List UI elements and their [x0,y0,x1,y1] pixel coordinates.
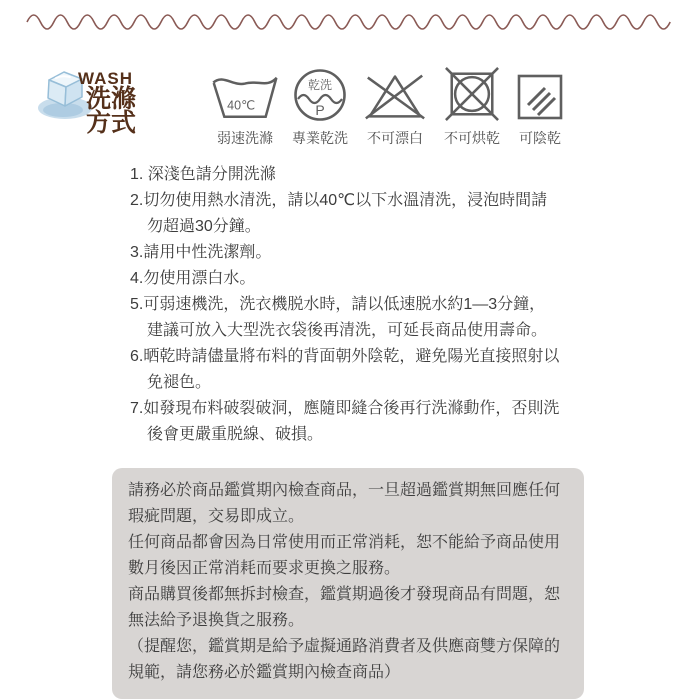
care-item-machine-wash: 40℃ 弱速洗滌 [211,66,279,148]
wash-title-block: WASH 洗滌 方式 [36,66,148,146]
care-item-shade-dry: 可陰乾 [515,66,565,148]
instruction-item-4: 4.勿使用漂白水。 [130,266,560,292]
line-dry-shade-icon [515,72,565,122]
care-label: 弱速洗滌 [217,128,273,148]
care-item-no-bleach: 不可漂白 [361,66,429,148]
care-item-no-tumble-dry: 不可烘乾 [442,66,502,148]
wash-instruction-list: 1. 深淺色請分開洗滌 2.切勿使用熱水清洗，請以40℃以下水溫清洗，浸泡時間請… [130,162,560,448]
wash-title-zh: 洗滌 方式 [86,87,136,135]
care-label: 不可漂白 [367,128,423,148]
instruction-item-6: 6.晒乾時請儘量將布料的背面朝外陰乾，避免陽光直接照射以免褪色。 [130,344,560,396]
do-not-bleach-icon [361,70,429,122]
wave-svg [26,8,672,32]
instruction-item-2: 2.切勿使用熱水清洗，請以40℃以下水溫清洗，浸泡時間請勿超過30分鐘。 [130,188,560,240]
care-label: 不可烘乾 [444,128,500,148]
care-label: 專業乾洗 [292,128,348,148]
instruction-item-5: 5.可弱速機洗，洗衣機脱水時，請以低速脱水約1—3分鐘，建議可放入大型洗衣袋後再… [130,292,560,344]
wave-path [27,15,670,29]
care-label: 可陰乾 [519,128,561,148]
wash-temp-text: 40℃ [227,99,255,113]
inspection-notice-box: 請務必於商品鑑賞期內檢查商品，一旦超過鑑賞期無回應任何瑕疵問題，交易即成立。 任… [112,468,584,699]
wash-title-zh-line2: 方式 [86,111,136,135]
care-item-dry-clean: 乾洗 P 專業乾洗 [292,66,348,148]
notice-paragraph-1: 請務必於商品鑑賞期內檢查商品，一旦超過鑑賞期無回應任何瑕疵問題，交易即成立。 [128,478,568,530]
instruction-item-3: 3.請用中性洗潔劑。 [130,240,560,266]
care-symbols-row: 40℃ 弱速洗滌 乾洗 P 專業乾洗 [211,66,565,148]
do-not-tumble-dry-icon [442,66,502,122]
instruction-item-7: 7.如發現布料破裂破洞，應隨即縫合後再行洗滌動作，否則洗後會更嚴重脱線、破損。 [130,396,560,448]
notice-paragraph-2: 任何商品都會因為日常使用而正常消耗，恕不能給予商品使用數月後因正常消耗而要求更換… [128,530,568,582]
wash-title-zh-line1: 洗滌 [86,87,136,111]
dry-clean-top-text: 乾洗 [308,77,332,92]
instruction-item-1: 1. 深淺色請分開洗滌 [130,162,560,188]
notice-paragraph-4: （提醒您，鑑賞期是給予虛擬通路消費者及供應商雙方保障的規範，請您務必於鑑賞期內檢… [128,634,568,686]
machine-wash-40-icon: 40℃ [211,72,279,122]
notice-paragraph-3: 商品購買後都無拆封檢查，鑑賞期過後才發現商品有問題，恕無法給予退換貨之服務。 [128,582,568,634]
dry-clean-icon: 乾洗 P [293,68,347,122]
top-wave-divider [26,8,700,32]
dry-clean-letter: P [315,102,324,118]
wash-header: WASH 洗滌 方式 40℃ 弱速洗滌 乾洗 P [36,66,700,146]
